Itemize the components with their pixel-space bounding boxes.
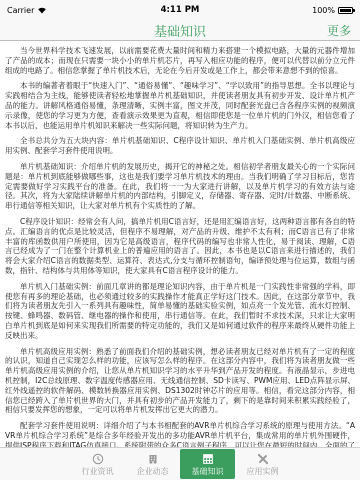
article-paragraph: 当今世界科学技术飞速发展，以前需要花费大量时间和精力来搭建一个模拟电路，大量的元… bbox=[5, 46, 355, 75]
carrier-label: Carrier bbox=[7, 6, 34, 15]
tab-industry-news[interactable]: 行业资讯 bbox=[70, 449, 125, 479]
article-paragraph: 单片机高级应用实例：熟悉了前面我们介绍的基础实例，想必读者朋友已经对单片机有了一… bbox=[5, 347, 355, 416]
clock-icon bbox=[92, 453, 104, 466]
tab-basic-knowledge[interactable]: 基础知识 bbox=[180, 449, 235, 479]
tab-company-news[interactable]: 企业动态 bbox=[125, 449, 180, 479]
wifi-icon bbox=[37, 6, 47, 14]
article-paragraph: 单片机基础知识：介绍单片机的发展历史，揭开它的神秘之处。相信初学者朋友最关心的一… bbox=[5, 162, 355, 211]
status-left: Carrier bbox=[7, 6, 77, 15]
article-paragraph: 单片机入门基础实例：前面几章讲的都是理论知识内容，由于单片机是一门实践性非常强的… bbox=[5, 282, 355, 341]
more-button[interactable]: 更多 bbox=[327, 20, 351, 40]
tab-bar: 行业资讯 企业动态 基础知识 应用实例 bbox=[0, 447, 360, 480]
battery-icon bbox=[338, 7, 353, 14]
article-paragraph: 全书总共分为五大块内容：单片机基础知识、C程序设计知识、单片机入门基础实例、单片… bbox=[5, 136, 355, 156]
battery-percent-label: 100% bbox=[312, 6, 335, 15]
tab-label: 企业动态 bbox=[137, 467, 169, 476]
page-title: 基础知识 bbox=[154, 21, 206, 40]
article-paragraph: C程序设计知识：经常会有人问，搞单片机用C语言好，还是用汇编语言好，这两种语言都… bbox=[5, 217, 355, 276]
tools-icon bbox=[257, 453, 269, 466]
status-time: 4:11 PM bbox=[77, 5, 283, 15]
status-bar: Carrier 4:11 PM 100% bbox=[0, 0, 360, 20]
nav-bar: 基础知识 更多 bbox=[0, 20, 360, 41]
article-paragraph: 配套学习套件使用说明：详细介绍了与本书相配套的AVR单片机综合学习系统的原理与使… bbox=[5, 421, 355, 447]
building-icon bbox=[147, 453, 159, 466]
tab-label: 应用实例 bbox=[247, 467, 279, 476]
tab-label: 行业资讯 bbox=[82, 467, 114, 476]
tab-label: 基础知识 bbox=[192, 467, 224, 476]
article-paragraph: 本书的编著者着眼于“快速入门”、“通俗易懂”、“趣味学习”、“学以致用”的指导思… bbox=[5, 81, 355, 130]
grid-icon bbox=[202, 453, 214, 466]
tab-app-examples[interactable]: 应用实例 bbox=[235, 449, 290, 479]
status-right: 100% bbox=[283, 6, 353, 15]
article-content[interactable]: 当今世界科学技术飞速发展，以前需要花费大量时间和精力来搭建一个模拟电路，大量的元… bbox=[0, 42, 360, 447]
app-screen: Carrier 4:11 PM 100% 基础知识 更多 当今世界科学技术飞速发… bbox=[0, 0, 360, 480]
